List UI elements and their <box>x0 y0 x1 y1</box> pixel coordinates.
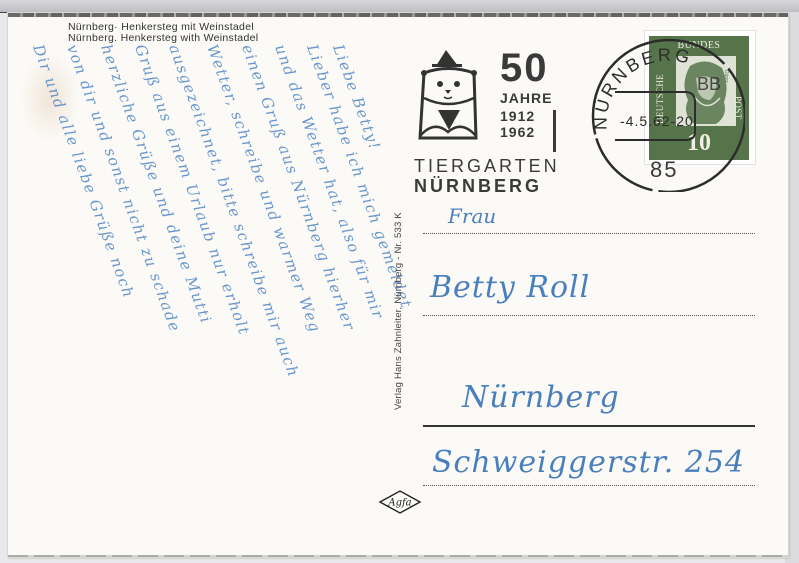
year-end: 1962 <box>500 124 535 140</box>
address-name: Betty Roll <box>430 270 590 305</box>
year-start: 1912 <box>500 108 535 124</box>
address-street: Schweiggerstr. 254 <box>432 445 745 480</box>
anniversary-jahre: JAHRE <box>500 90 552 106</box>
address-line-2 <box>423 315 755 316</box>
svg-text:Agfa: Agfa <box>387 498 411 509</box>
stamp-artist-mark: Dürer <box>723 70 729 83</box>
address-line-4 <box>423 485 755 486</box>
postcard-top-edge <box>8 13 788 17</box>
postage-stamp: BUNDES DEUTSCHE POST 10 Dürer <box>645 31 755 164</box>
bear-clown-icon <box>414 48 494 148</box>
address-line-3 <box>423 425 755 427</box>
scanner-background-top <box>0 0 799 13</box>
postmark-zip: 85 <box>650 157 678 183</box>
stamp-value: 10 <box>649 130 749 157</box>
years-bar <box>553 110 556 152</box>
zoo-name: TIERGARTEN <box>414 156 560 177</box>
postcard-bottom-edge <box>8 555 788 557</box>
postcard-caption: Nürnberg· Henkersteg mit Weinstadel Nürn… <box>68 22 258 44</box>
handwritten-message: Liebe Betty! Lieber habe ich mich gemeld… <box>30 42 370 542</box>
stamp-right-text: POST <box>733 96 743 120</box>
anniversary-years: 1912 1962 <box>500 108 535 140</box>
address-salutation: Frau <box>448 204 496 228</box>
agfa-logo-icon: Agfa <box>378 489 422 515</box>
zoo-city: NÜRNBERG <box>414 176 542 197</box>
postmark-date: -4.5.62-20 <box>620 113 694 129</box>
stamp-top-text: BUNDES <box>649 40 749 51</box>
address-line-1 <box>423 233 755 234</box>
zoo-anniversary-cancellation: 50 JAHRE 1912 1962 TIERGARTEN NÜRNBERG <box>414 48 564 198</box>
anniversary-number: 50 <box>500 48 549 88</box>
address-city: Nürnberg <box>462 380 620 415</box>
publisher-imprint: Verlag Hans Zahnleiter, Nürnberg - Nr. 5… <box>393 212 404 410</box>
stamp-frame: BUNDES DEUTSCHE POST 10 Dürer <box>649 36 749 160</box>
